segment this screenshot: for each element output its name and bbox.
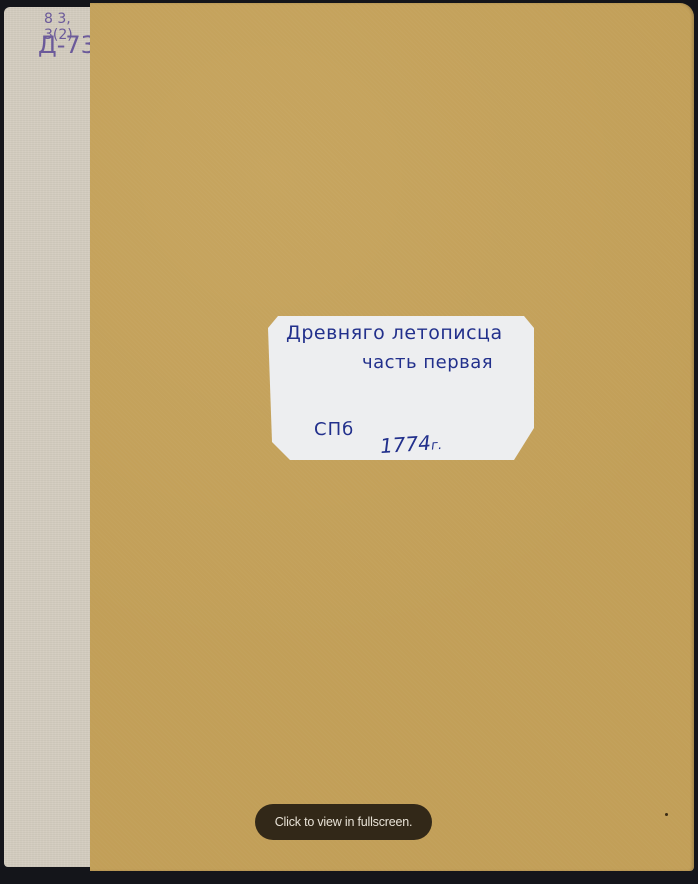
label-year: 1774 <box>379 431 431 458</box>
image-viewer[interactable]: 8 3, 3(2) Д-73 Древняго летописца часть … <box>0 0 698 884</box>
book-cover-image[interactable]: 8 3, 3(2) Д-73 Древняго летописца часть … <box>4 3 694 871</box>
label-title-line2: часть первая <box>362 352 493 373</box>
fullscreen-button-label: Click to view in fullscreen. <box>275 815 413 829</box>
title-label: Древняго летописца часть первая СПб 1774… <box>268 316 534 460</box>
label-year-wrap: 1774г. <box>379 430 442 458</box>
label-title-line1: Древняго летописца <box>286 322 503 344</box>
label-year-suffix: г. <box>431 438 443 454</box>
label-city: СПб <box>314 419 354 440</box>
cover-speck <box>665 813 668 816</box>
book-spine: 8 3, 3(2) Д-73 <box>4 7 98 867</box>
fullscreen-button[interactable]: Click to view in fullscreen. <box>255 804 432 840</box>
spine-shelfmark: Д-73 <box>38 31 96 59</box>
